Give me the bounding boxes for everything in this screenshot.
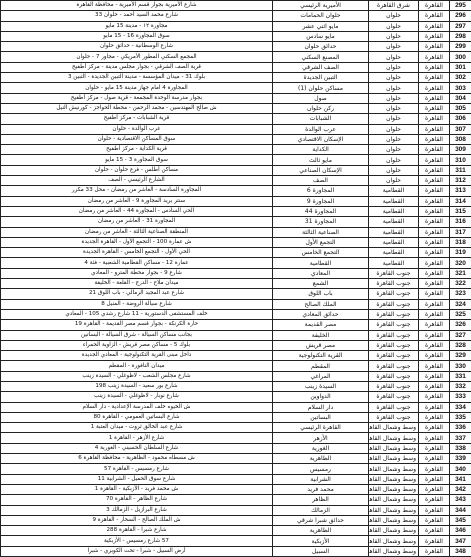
- branch-name-cell: الظاهرية: [273, 454, 369, 464]
- address-cell: شارع محمد السيد أحمد - حلوان 33: [1, 11, 273, 21]
- address-cell: ميدان النافورة - المقطم: [1, 361, 273, 371]
- area-cell: القطامية: [369, 186, 419, 196]
- row-number: 309: [450, 145, 471, 155]
- address-cell: سوق المجاورة 16 - 15 مايو: [1, 31, 273, 41]
- row-number: 301: [450, 62, 471, 72]
- governorate-cell: القاهرة: [419, 217, 450, 227]
- table-row: 301 القاهرة حلوان الصف الشرقي قرية الصف …: [1, 62, 471, 72]
- table-row: 325 القاهرة جنوب القاهرة حدائق المعادي خ…: [1, 309, 471, 319]
- row-number: 345: [450, 515, 471, 525]
- branch-name-cell: ركن حلوان: [273, 103, 369, 113]
- branch-name-cell: عرب الوالدة: [273, 124, 369, 134]
- table-row: 343 القاهرة وسط وشمال القاهرة الظاهر شار…: [1, 495, 471, 505]
- branch-name-cell: الإسكان الاقتصادي: [273, 134, 369, 144]
- branch-name-cell: محمد فريد: [273, 484, 369, 494]
- table-row: 295 القاهرة شرق القاهرة الأميرية الرئيسي…: [1, 1, 471, 11]
- table-row: 344 القاهرة وسط وشمال القاهرة الزمالك شا…: [1, 505, 471, 515]
- area-cell: وسط وشمال القاهرة: [369, 495, 419, 505]
- area-cell: جنوب القاهرة: [369, 268, 419, 278]
- branch-name-cell: القرية التكنولوجية: [273, 351, 369, 361]
- table-row: 310 القاهرة حلوان مايو ثالث سوق المجاورة…: [1, 155, 471, 165]
- address-cell: شارع مجلس الشعب - لاظوغلي - السيدة زينب: [1, 371, 273, 381]
- governorate-cell: القاهرة: [419, 330, 450, 340]
- area-cell: القطامية: [369, 237, 419, 247]
- table-row: 304 القاهرة حلوان صول بجوار مدرسة الوحدة…: [1, 93, 471, 103]
- table-row: 314 القاهرة القطامية المجاورة 9 سنتر بري…: [1, 196, 471, 206]
- row-number: 340: [450, 464, 471, 474]
- table-row: 318 القاهرة القطامية التجمع الأول ش عمار…: [1, 237, 471, 247]
- table-row: 306 القاهرة حلوان الشبابات قرية الشبابات…: [1, 114, 471, 124]
- address-cell: شارع الأميرية بجوار قسم الأميرية - محافظ…: [1, 1, 273, 11]
- area-cell: وسط وشمال القاهرة: [369, 474, 419, 484]
- table-row: 297 القاهرة حلوان مايو اثني عشر مجاورة ١…: [1, 21, 471, 31]
- branch-name-cell: المجاورة 44: [273, 206, 369, 216]
- branch-name-cell: المجاورة 6: [273, 186, 369, 196]
- branch-name-cell: حدائق حلوان: [273, 42, 369, 52]
- table-row: 303 القاهرة حلوان مساكن حلوان (1) المجاو…: [1, 83, 471, 93]
- table-row: 298 القاهرة حلوان مايو سادس سوق المجاورة…: [1, 31, 471, 41]
- row-number: 338: [450, 443, 471, 453]
- area-cell: جنوب القاهرة: [369, 402, 419, 412]
- area-cell: وسط وشمال القاهرة: [369, 464, 419, 474]
- table-row: 308 القاهرة حلوان الإسكان الاقتصادي سوق …: [1, 134, 471, 144]
- address-cell: شارع رمسيس - القاهرة 57: [1, 464, 273, 474]
- address-cell: شارع عبد الخالق ثروت - ميدان العتبة 1: [1, 423, 273, 433]
- address-cell: سنتر بريد المجاورة 9 - العاشر من رمضان: [1, 196, 273, 206]
- governorate-cell: القاهرة: [419, 258, 450, 268]
- address-cell: مساكن أطلس - فرع حلوان - حلوان: [1, 165, 273, 175]
- branch-name-cell: الصف الشرقي: [273, 62, 369, 72]
- address-cell: عمارة 12 - مساكن القطامية الشعبية - فئة …: [1, 258, 273, 268]
- area-cell: وسط وشمال القاهرة: [369, 536, 419, 546]
- governorate-cell: القاهرة: [419, 464, 450, 474]
- row-number: 319: [450, 248, 471, 258]
- address-cell: سوق المساكن الاقتصادية - حلوان: [1, 134, 273, 144]
- row-number: 336: [450, 423, 471, 433]
- area-cell: حلوان: [369, 93, 419, 103]
- address-cell: شارع سيالة الروضة - المنيل 8: [1, 299, 273, 309]
- governorate-cell: القاهرة: [419, 299, 450, 309]
- area-cell: حلوان: [369, 114, 419, 124]
- table-row: 340 القاهرة وسط وشمال القاهرة رمسيس شارع…: [1, 464, 471, 474]
- branch-name-cell: الصف: [273, 176, 369, 186]
- branch-name-cell: الملك الصالح: [273, 299, 369, 309]
- governorate-cell: القاهرة: [419, 412, 450, 422]
- row-number: 303: [450, 83, 471, 93]
- address-cell: قرية الصف الشرقي - بجوار مجلس مدينة - مر…: [1, 62, 273, 72]
- area-cell: وسط وشمال القاهرة: [369, 546, 419, 556]
- governorate-cell: القاهرة: [419, 165, 450, 175]
- table-row: 313 القاهرة القطامية المجاورة 6 المجاورة…: [1, 186, 471, 196]
- row-number: 334: [450, 402, 471, 412]
- row-number: 333: [450, 392, 471, 402]
- governorate-cell: القاهرة: [419, 402, 450, 412]
- area-cell: القطامية: [369, 217, 419, 227]
- row-number: 332: [450, 381, 471, 391]
- governorate-cell: القاهرة: [419, 124, 450, 134]
- governorate-cell: القاهرة: [419, 546, 450, 556]
- address-cell: شارع الظاهر - القاهرة 70: [1, 495, 273, 505]
- branch-name-cell: مايو ثالث: [273, 155, 369, 165]
- row-number: 296: [450, 11, 471, 21]
- governorate-cell: القاهرة: [419, 42, 450, 52]
- address-cell: شارع شبرا - القاهرة 288: [1, 526, 273, 536]
- branch-name-cell: المراغي: [273, 371, 369, 381]
- branch-name-cell: الظاهر: [273, 495, 369, 505]
- table-row: 338 القاهرة وسط وشمال القاهرة الغورية شا…: [1, 443, 471, 453]
- address-cell: ش محمد فريد - الأزبكية - القاهرة 1: [1, 484, 273, 494]
- row-number: 310: [450, 155, 471, 165]
- governorate-cell: القاهرة: [419, 515, 450, 525]
- branch-name-cell: التجمع الأول: [273, 237, 369, 247]
- address-cell: قرية الكداية - مركز أطفيح: [1, 145, 273, 155]
- area-cell: جنوب القاهرة: [369, 299, 419, 309]
- area-cell: جنوب القاهرة: [369, 361, 419, 371]
- address-cell: أرض السبيل - شبرا - تحت الكوبري - شبرا: [1, 546, 273, 556]
- address-cell: سوق المجاورة 3 - 15 مايو: [1, 155, 273, 165]
- row-number: 326: [450, 320, 471, 330]
- branch-name-cell: حدائق شبرا شرقي: [273, 515, 369, 525]
- governorate-cell: القاهرة: [419, 392, 450, 402]
- address-cell: شارع السلطان الحسيني - الغورية 4: [1, 443, 273, 453]
- governorate-cell: القاهرة: [419, 289, 450, 299]
- governorate-cell: القاهرة: [419, 227, 450, 237]
- area-cell: القطامية: [369, 258, 419, 268]
- table-row: 307 القاهرة حلوان عرب الوالدة عرب الوالد…: [1, 124, 471, 134]
- branch-name-cell: مساكن حلوان (1): [273, 83, 369, 93]
- address-cell: قرية الشبابات - مركز أطفيح: [1, 114, 273, 124]
- address-cell: المجاورة 4 امام جهاز مدينة 15 مايو - حلو…: [1, 83, 273, 93]
- address-cell: ش الخيوه خلف المدرسة الإعدادية - دار الس…: [1, 402, 273, 412]
- address-cell: شارع بور سعيد - السيدة زينب 198: [1, 381, 273, 391]
- branch-name-cell: السيدة زينب: [273, 381, 369, 391]
- row-number: 335: [450, 412, 471, 422]
- address-cell: المجمع السكني المطور الأمريكي - مجاور 7 …: [1, 52, 273, 62]
- branch-name-cell: المصنع السكني: [273, 52, 369, 62]
- governorate-cell: القاهرة: [419, 155, 450, 165]
- table-row: 321 القاهرة جنوب القاهرة المعادي شارع 9 …: [1, 268, 471, 278]
- row-number: 347: [450, 536, 471, 546]
- address-cell: شارع الوسطانية - حدائق حلوان: [1, 42, 273, 52]
- table-row: 316 القاهرة القطامية المجاورة 31 المجاور…: [1, 217, 471, 227]
- address-cell: المنطقة الصناعية الثالثة - العاشر من رمض…: [1, 227, 273, 237]
- governorate-cell: القاهرة: [419, 443, 450, 453]
- table-row: 300 القاهرة حلوان المصنع السكني المجمع ا…: [1, 52, 471, 62]
- table-row: 319 القاهرة القطامية التجمع الخامس الحي …: [1, 248, 471, 258]
- address-cell: ش الملك الصالح - السحار - القاهرة 9: [1, 515, 273, 525]
- row-number: 315: [450, 206, 471, 216]
- branch-name-cell: الشبابات: [273, 114, 369, 124]
- area-cell: حلوان: [369, 11, 419, 21]
- governorate-cell: القاهرة: [419, 21, 450, 31]
- address-cell: بلوك 5 - مساكن مصر قريش - الزاوية الحمرا…: [1, 340, 273, 350]
- row-number: 321: [450, 268, 471, 278]
- branch-name-cell: البساتين: [273, 412, 369, 422]
- branch-name-cell: التبين الجديدة: [273, 73, 369, 83]
- address-cell: ميدان ملاح - الدرج - القلعة - الخليفة: [1, 279, 273, 289]
- governorate-cell: القاهرة: [419, 103, 450, 113]
- branch-name-cell: صول: [273, 93, 369, 103]
- governorate-cell: القاهرة: [419, 248, 450, 258]
- area-cell: جنوب القاهرة: [369, 412, 419, 422]
- row-number: 322: [450, 279, 471, 289]
- governorate-cell: القاهرة: [419, 371, 450, 381]
- table-row: 302 القاهرة حلوان التبين الجديدة بلوك 31…: [1, 73, 471, 83]
- table-row: 323 القاهرة جنوب القاهرة باب اللوق شارع …: [1, 289, 471, 299]
- address-cell: الحي الأول - التجمع الخامس - القاهرة الج…: [1, 248, 273, 258]
- row-number: 344: [450, 505, 471, 515]
- row-number: 325: [450, 309, 471, 319]
- row-number: 311: [450, 165, 471, 175]
- row-number: 318: [450, 237, 471, 247]
- area-cell: وسط وشمال القاهرة: [369, 526, 419, 536]
- row-number: 312: [450, 176, 471, 186]
- table-row: 332 القاهرة جنوب القاهرة السيدة زينب شار…: [1, 381, 471, 391]
- table-row: 326 القاهرة جنوب القاهرة مصر القديمة حار…: [1, 320, 471, 330]
- branch-name-cell: الظاهرية: [273, 526, 369, 536]
- table-row: 347 القاهرة وسط وشمال القاهرة الأزبكية 5…: [1, 536, 471, 546]
- area-cell: حلوان: [369, 176, 419, 186]
- branch-name-cell: الكداية: [273, 145, 369, 155]
- address-cell: بجوار مدرسة الوحدة المجمعة - قرية صول - …: [1, 93, 273, 103]
- area-cell: جنوب القاهرة: [369, 351, 419, 361]
- row-number: 316: [450, 217, 471, 227]
- row-number: 346: [450, 526, 471, 536]
- governorate-cell: القاهرة: [419, 381, 450, 391]
- address-cell: شارع سوق الحميل - الشرابية 11: [1, 474, 273, 484]
- row-number: 324: [450, 299, 471, 309]
- address-cell: خلف المستشفى الدستورية - 11 شارع رشدي 10…: [1, 309, 273, 319]
- governorate-cell: القاهرة: [419, 1, 450, 11]
- governorate-cell: القاهرة: [419, 11, 450, 21]
- area-cell: شرق القاهرة: [369, 1, 419, 11]
- address-cell: ش عمارة 100 - التجمع الأول - القاهرة الج…: [1, 237, 273, 247]
- branch-name-cell: مصر قريش: [273, 340, 369, 350]
- table-row: 339 القاهرة وسط وشمال القاهرة الظاهرية ش…: [1, 454, 471, 464]
- branch-name-cell: حلوان الحمامات: [273, 11, 369, 21]
- address-cell: شارع عبد المجيد الرمالي - باب اللوق 21: [1, 289, 273, 299]
- governorate-cell: القاهرة: [419, 340, 450, 350]
- branch-name-cell: المقطم: [273, 361, 369, 371]
- table-row: 348 القاهرة وسط وشمال القاهرة السبيل أرض…: [1, 546, 471, 556]
- address-cell: ش مسطاه محمود - الظاهرية - محافظة القاهر…: [1, 454, 273, 464]
- area-cell: حلوان: [369, 124, 419, 134]
- governorate-cell: القاهرة: [419, 526, 450, 536]
- branch-name-cell: الشرابية: [273, 474, 369, 484]
- table-row: 346 القاهرة وسط وشمال القاهرة الظاهرية ش…: [1, 526, 471, 536]
- table-row: 328 القاهرة جنوب القاهرة مصر قريش بلوك 5…: [1, 340, 471, 350]
- table-row: 305 القاهرة حلوان ركن حلوان ش صالح المهن…: [1, 103, 471, 113]
- area-cell: جنوب القاهرة: [369, 371, 419, 381]
- area-cell: حلوان: [369, 155, 419, 165]
- governorate-cell: القاهرة: [419, 361, 450, 371]
- governorate-cell: القاهرة: [419, 62, 450, 72]
- branch-name-cell: الأزبكية: [273, 536, 369, 546]
- branch-name-cell: باب اللوق: [273, 289, 369, 299]
- area-cell: حلوان: [369, 31, 419, 41]
- governorate-cell: القاهرة: [419, 536, 450, 546]
- area-cell: وسط وشمال القاهرة: [369, 454, 419, 464]
- branch-name-cell: الدواوين: [273, 392, 369, 402]
- area-cell: جنوب القاهرة: [369, 330, 419, 340]
- table-row: 345 القاهرة وسط وشمال القاهرة حدائق شبرا…: [1, 515, 471, 525]
- area-cell: جنوب القاهرة: [369, 381, 419, 391]
- governorate-cell: القاهرة: [419, 114, 450, 124]
- governorate-cell: القاهرة: [419, 134, 450, 144]
- branch-name-cell: مايو سادس: [273, 31, 369, 41]
- area-cell: جنوب القاهرة: [369, 309, 419, 319]
- governorate-cell: القاهرة: [419, 93, 450, 103]
- governorate-cell: القاهرة: [419, 73, 450, 83]
- area-cell: وسط وشمال القاهرة: [369, 505, 419, 515]
- branch-name-cell: الأميرية الرئيسي: [273, 1, 369, 11]
- row-number: 339: [450, 454, 471, 464]
- address-cell: شارع نوبار - لاظوغلي - السيدة زينب: [1, 392, 273, 402]
- row-number: 295: [450, 1, 471, 11]
- governorate-cell: القاهرة: [419, 505, 450, 515]
- table-row: 329 القاهرة جنوب القاهرة القرية التكنولو…: [1, 351, 471, 361]
- area-cell: جنوب القاهرة: [369, 340, 419, 350]
- governorate-cell: القاهرة: [419, 495, 450, 505]
- area-cell: وسط وشمال القاهرة: [369, 423, 419, 433]
- row-number: 341: [450, 474, 471, 484]
- table-row: 335 القاهرة جنوب القاهرة البساتين شارع ا…: [1, 412, 471, 422]
- row-number: 331: [450, 371, 471, 381]
- area-cell: حلوان: [369, 145, 419, 155]
- address-cell: حارة الكرنكة - بجوار قسم مصر القديمة - ا…: [1, 320, 273, 330]
- governorate-cell: القاهرة: [419, 145, 450, 155]
- area-cell: جنوب القاهرة: [369, 392, 419, 402]
- area-cell: القطامية: [369, 196, 419, 206]
- row-number: 297: [450, 21, 471, 31]
- governorate-cell: القاهرة: [419, 433, 450, 443]
- branch-name-cell: الزمالك: [273, 505, 369, 515]
- branch-name-cell: القطامية: [273, 258, 369, 268]
- table-row: 330 القاهرة جنوب القاهرة المقطم ميدان ال…: [1, 361, 471, 371]
- area-cell: حلوان: [369, 42, 419, 52]
- table-row: 317 القاهرة القطامية الصناعية الثالثة ال…: [1, 227, 471, 237]
- row-number: 305: [450, 103, 471, 113]
- area-cell: حلوان: [369, 83, 419, 93]
- governorate-cell: القاهرة: [419, 186, 450, 196]
- branch-name-cell: حدائق المعادي: [273, 309, 369, 319]
- area-cell: حلوان: [369, 134, 419, 144]
- table-row: 333 القاهرة جنوب القاهرة الدواوين شارع ن…: [1, 392, 471, 402]
- address-cell: مجاورة ١٢ - مدينة 15 مايو: [1, 21, 273, 31]
- governorate-cell: القاهرة: [419, 423, 450, 433]
- row-number: 327: [450, 330, 471, 340]
- row-number: 320: [450, 258, 471, 268]
- area-cell: وسط وشمال القاهرة: [369, 515, 419, 525]
- governorate-cell: القاهرة: [419, 454, 450, 464]
- governorate-cell: القاهرة: [419, 83, 450, 93]
- address-cell: المجاورة السادسة - العاشر من رمضان - محل…: [1, 186, 273, 196]
- post-office-branches-table: 295 القاهرة شرق القاهرة الأميرية الرئيسي…: [0, 0, 471, 557]
- address-cell: شارع الأزهر - القاهرة 1: [1, 433, 273, 443]
- row-number: 299: [450, 42, 471, 52]
- table-row: 299 القاهرة حلوان حدائق حلوان شارع الوسط…: [1, 42, 471, 52]
- row-number: 330: [450, 361, 471, 371]
- address-cell: الحي السادس - المجاورة 44 - العاشر من رم…: [1, 206, 273, 216]
- table-row: 311 القاهرة حلوان الإسكان الصناعي مساكن …: [1, 165, 471, 175]
- governorate-cell: القاهرة: [419, 279, 450, 289]
- branch-name-cell: مصر القديمة: [273, 320, 369, 330]
- row-number: 298: [450, 31, 471, 41]
- governorate-cell: القاهرة: [419, 268, 450, 278]
- row-number: 343: [450, 495, 471, 505]
- governorate-cell: القاهرة: [419, 474, 450, 484]
- area-cell: جنوب القاهرة: [369, 279, 419, 289]
- area-cell: حلوان: [369, 165, 419, 175]
- row-number: 313: [450, 186, 471, 196]
- table-row: 342 القاهرة وسط وشمال القاهرة محمد فريد …: [1, 484, 471, 494]
- address-cell: بلوك 31 - ميدان المؤسسة - مدينة التبين ا…: [1, 73, 273, 83]
- area-cell: وسط وشمال القاهرة: [369, 484, 419, 494]
- branch-name-cell: القاهرة الرئيسي: [273, 423, 369, 433]
- branch-name-cell: رمسيس: [273, 464, 369, 474]
- branch-name-cell: مايو اثني عشر: [273, 21, 369, 31]
- table-row: 331 القاهرة جنوب القاهرة المراغي شارع مج…: [1, 371, 471, 381]
- governorate-cell: القاهرة: [419, 176, 450, 186]
- governorate-cell: القاهرة: [419, 309, 450, 319]
- table-row: 336 القاهرة وسط وشمال القاهرة القاهرة ال…: [1, 423, 471, 433]
- table-row: 322 القاهرة جنوب القاهرة الشمع ميدان ملا…: [1, 279, 471, 289]
- address-cell: المجاورة 31 - العاشر من رمضان: [1, 217, 273, 227]
- row-number: 314: [450, 196, 471, 206]
- governorate-cell: القاهرة: [419, 206, 450, 216]
- branch-name-cell: الخليفة: [273, 330, 369, 340]
- branch-name-cell: السبيل: [273, 546, 369, 556]
- table-row: 327 القاهرة جنوب القاهرة الخليفة بجانب م…: [1, 330, 471, 340]
- governorate-cell: القاهرة: [419, 52, 450, 62]
- row-number: 337: [450, 433, 471, 443]
- branch-name-cell: الأزهر: [273, 433, 369, 443]
- governorate-cell: القاهرة: [419, 237, 450, 247]
- table-body: 295 القاهرة شرق القاهرة الأميرية الرئيسي…: [1, 1, 471, 557]
- address-cell: 57 شارع رمسيس - الأزبكية: [1, 536, 273, 546]
- address-cell: عرب الوالدة - حلوان: [1, 124, 273, 134]
- area-cell: حلوان: [369, 103, 419, 113]
- area-cell: حلوان: [369, 21, 419, 31]
- branch-name-cell: الغورية: [273, 443, 369, 453]
- row-number: 342: [450, 484, 471, 494]
- table-row: 309 القاهرة حلوان الكداية قرية الكداية -…: [1, 145, 471, 155]
- table-row: 315 القاهرة القطامية المجاورة 44 الحي ال…: [1, 206, 471, 216]
- area-cell: القطامية: [369, 227, 419, 237]
- branch-name-cell: التجمع الخامس: [273, 248, 369, 258]
- row-number: 323: [450, 289, 471, 299]
- area-cell: وسط وشمال القاهرة: [369, 433, 419, 443]
- area-cell: جنوب القاهرة: [369, 320, 419, 330]
- row-number: 307: [450, 124, 471, 134]
- address-cell: شارع البرازيل - الزمالك 3: [1, 505, 273, 515]
- address-cell: شارع 9 - بجوار محطة المترو - المعادي: [1, 268, 273, 278]
- address-cell: بجانب مساكن السيالة - شرق السيالة - البس…: [1, 330, 273, 340]
- branch-name-cell: المجاورة 9: [273, 196, 369, 206]
- row-number: 317: [450, 227, 471, 237]
- table-row: 324 القاهرة جنوب القاهرة الملك الصالح شا…: [1, 299, 471, 309]
- table-row: 296 القاهرة حلوان حلوان الحمامات شارع مح…: [1, 11, 471, 21]
- governorate-cell: القاهرة: [419, 484, 450, 494]
- table-row: 337 القاهرة وسط وشمال القاهرة الأزهر شار…: [1, 433, 471, 443]
- table-row: 334 القاهرة جنوب القاهرة دار السلام ش ال…: [1, 402, 471, 412]
- table-row: 320 القاهرة القطامية القطامية عمارة 12 -…: [1, 258, 471, 268]
- row-number: 329: [450, 351, 471, 361]
- area-cell: حلوان: [369, 73, 419, 83]
- row-number: 328: [450, 340, 471, 350]
- branch-name-cell: المعادي: [273, 268, 369, 278]
- row-number: 304: [450, 93, 471, 103]
